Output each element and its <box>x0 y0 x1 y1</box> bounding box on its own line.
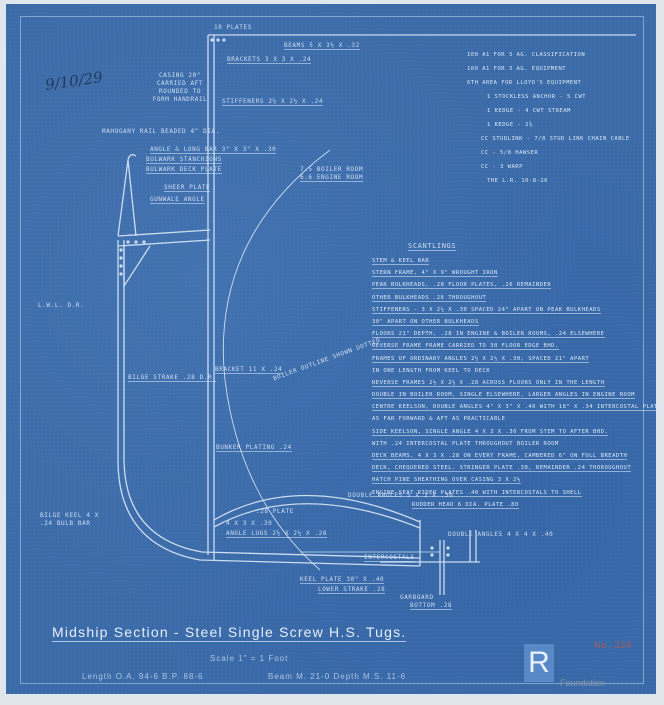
equipment-line: cc Studlink - 7/8 Stud link Chain Cable <box>467 136 630 150</box>
label-angle-lugs: Angle Lugs 2½ x 2½ x .28 <box>226 530 327 538</box>
equipment-line: 6th Area for Lloyd's Equipment <box>467 80 630 94</box>
label-sheer-plate: Sheer Plate <box>164 184 210 192</box>
equipment-line: 100 A1 for 3 Ag. Equipment <box>467 66 630 80</box>
scantling-row: Deck Beams, 4 x 3 x .28 on Every Frame, … <box>372 453 662 465</box>
label-lwl: L.W.L. D.R. <box>38 302 84 309</box>
scantling-row: As far Forward & Aft as Practicable <box>372 416 662 428</box>
label-intercostals: Intercostals <box>364 554 415 562</box>
scantling-row: With .24 Intercostal Plate Throughout Bo… <box>372 441 662 453</box>
drawing-title: Midship Section - Steel Single Screw H.S… <box>52 624 406 642</box>
scantling-row: Double in Boiler Room, Single Elsewhere,… <box>372 392 662 404</box>
label-casing-top: 10 Plates <box>214 24 252 31</box>
archive-logo: R <box>524 644 554 682</box>
label-top-rail: Angle & Long Bar 3" x 3" x .30 <box>150 146 276 154</box>
scantling-row: Reverse Frames 2½ x 2½ x .28 Across Floo… <box>372 380 662 392</box>
label-bracket-side: Bracket 11 x .24 <box>215 366 282 374</box>
scantling-row: Stiffeners - 3 x 2½ x .30 Spaced 24" Apa… <box>372 307 662 319</box>
label-brackets: Brackets 3 x 3 x .24 <box>227 56 311 64</box>
scantling-row: Frames of Ordinary Angles 2½ x 2½ x .30,… <box>372 356 662 368</box>
equipment-line: cc - 5/8 Hawser <box>467 150 630 164</box>
equipment-line: 1 Kedge - 4 cwt Stream <box>467 108 630 122</box>
label-garboard: Garboard <box>400 594 434 601</box>
equipment-header: 100 A1 for 3 Ag. Classification <box>467 52 630 66</box>
label-bunker-plating: Bunker Plating .24 <box>216 444 292 452</box>
scantling-row: Hatch Pine Sheathing Over Casing 3 x 2½ <box>372 477 662 489</box>
watermark-text: Foundation <box>560 678 605 688</box>
scantling-row: Centre Keelson, Double Angles 4" x 3" x … <box>372 404 662 416</box>
label-double-angles-keel: Double Angles 4 x 4 x .40 <box>448 531 553 538</box>
scantling-row: Stem & Keel Bar <box>372 258 662 270</box>
scantling-row: Other Bulkheads .26 Throughout <box>372 295 662 307</box>
scantling-row: Side Keelson, Single Angle 4 x 3 x .30 f… <box>372 429 662 441</box>
drawing-number: No. 224 <box>594 640 633 650</box>
label-bilge-keel: Bilge Keel 4 x .24 Bulb Bar <box>40 512 100 528</box>
scantling-row: Engine Seat Rider Plates .40 with Interc… <box>372 490 662 502</box>
label-stiffeners-casing: Stiffeners 2½ x 2½ x .24 <box>222 98 323 106</box>
label-lower-strake: Lower Strake .28 <box>318 586 385 594</box>
scantling-row: In one Length from Keel to Deck <box>372 368 662 380</box>
label-bilge-strake: Bilge Strake .28 D.R. <box>128 374 216 382</box>
label-handrail: Casing 20" Carried Aft Rounded to Form H… <box>150 72 210 104</box>
scantling-row: 30" Apart on Other Bulkheads <box>372 319 662 331</box>
label-bulwark-plate: Bulwark Deck Plate <box>146 166 222 174</box>
dimensions-beam-depth: Beam M. 21-0 Depth M.S. 11-6 <box>268 672 406 681</box>
drawing-scale: Scale 1" = 1 Foot <box>210 654 288 663</box>
scantling-row: Reverse Frame Frame Carried to 30 Floor … <box>372 343 662 355</box>
label-bulwark-rail: Mahogany Rail Beaded 4" Dia. <box>102 128 220 135</box>
label-boiler-room: 7.5 Boiler Room <box>300 166 363 173</box>
scantling-row: Deck, Chequered Steel. Stringer Plate .3… <box>372 465 662 477</box>
label-keel-plate: Keel Plate 30" x .40 <box>300 576 384 584</box>
equipment-line: 1 Kedge - 2¾ <box>467 122 630 136</box>
scantling-row: Stern Frame, 4" x 9" Wrought Iron <box>372 270 662 282</box>
equipment-line: The L.R. 10-8-26 <box>467 178 630 192</box>
scantling-row: Rudder Head 6 Dia. Plate .80 <box>372 502 662 514</box>
equipment-notes: 100 A1 for 3 Ag. Classification 100 A1 f… <box>467 52 630 192</box>
scantling-row: Floors 21" Depth, .28 in Engine & Boiler… <box>372 331 662 343</box>
scantlings-header: Scantlings <box>408 242 456 251</box>
equipment-line: cc - 3 Warp <box>467 164 630 178</box>
equipment-line: 1 Stockless Anchor - 5 cwt <box>467 94 630 108</box>
label-beams: Beams 5 x 3½ x .32 <box>284 42 360 50</box>
label-engine-room: 6.6 Engine Room <box>300 174 363 182</box>
label-bilge-plate: .28 Plate <box>256 508 294 515</box>
scantlings-list: Stem & Keel Bar Stern Frame, 4" x 9" Wro… <box>372 258 662 514</box>
label-gunwale: Gunwale Angle <box>150 196 205 204</box>
label-frames-lower: 4 x 3 x .30 <box>226 520 272 527</box>
scantling-row: Peak Bulkheads, .28 Floor Plates, .26 Re… <box>372 282 662 294</box>
label-bulwark-stanchions: Bulwark Stanchions <box>146 156 222 164</box>
label-keel-bottom: Bottom .28 <box>410 602 452 610</box>
dimensions-length: Length O.A. 94-6 B.P. 88-6 <box>82 672 203 681</box>
